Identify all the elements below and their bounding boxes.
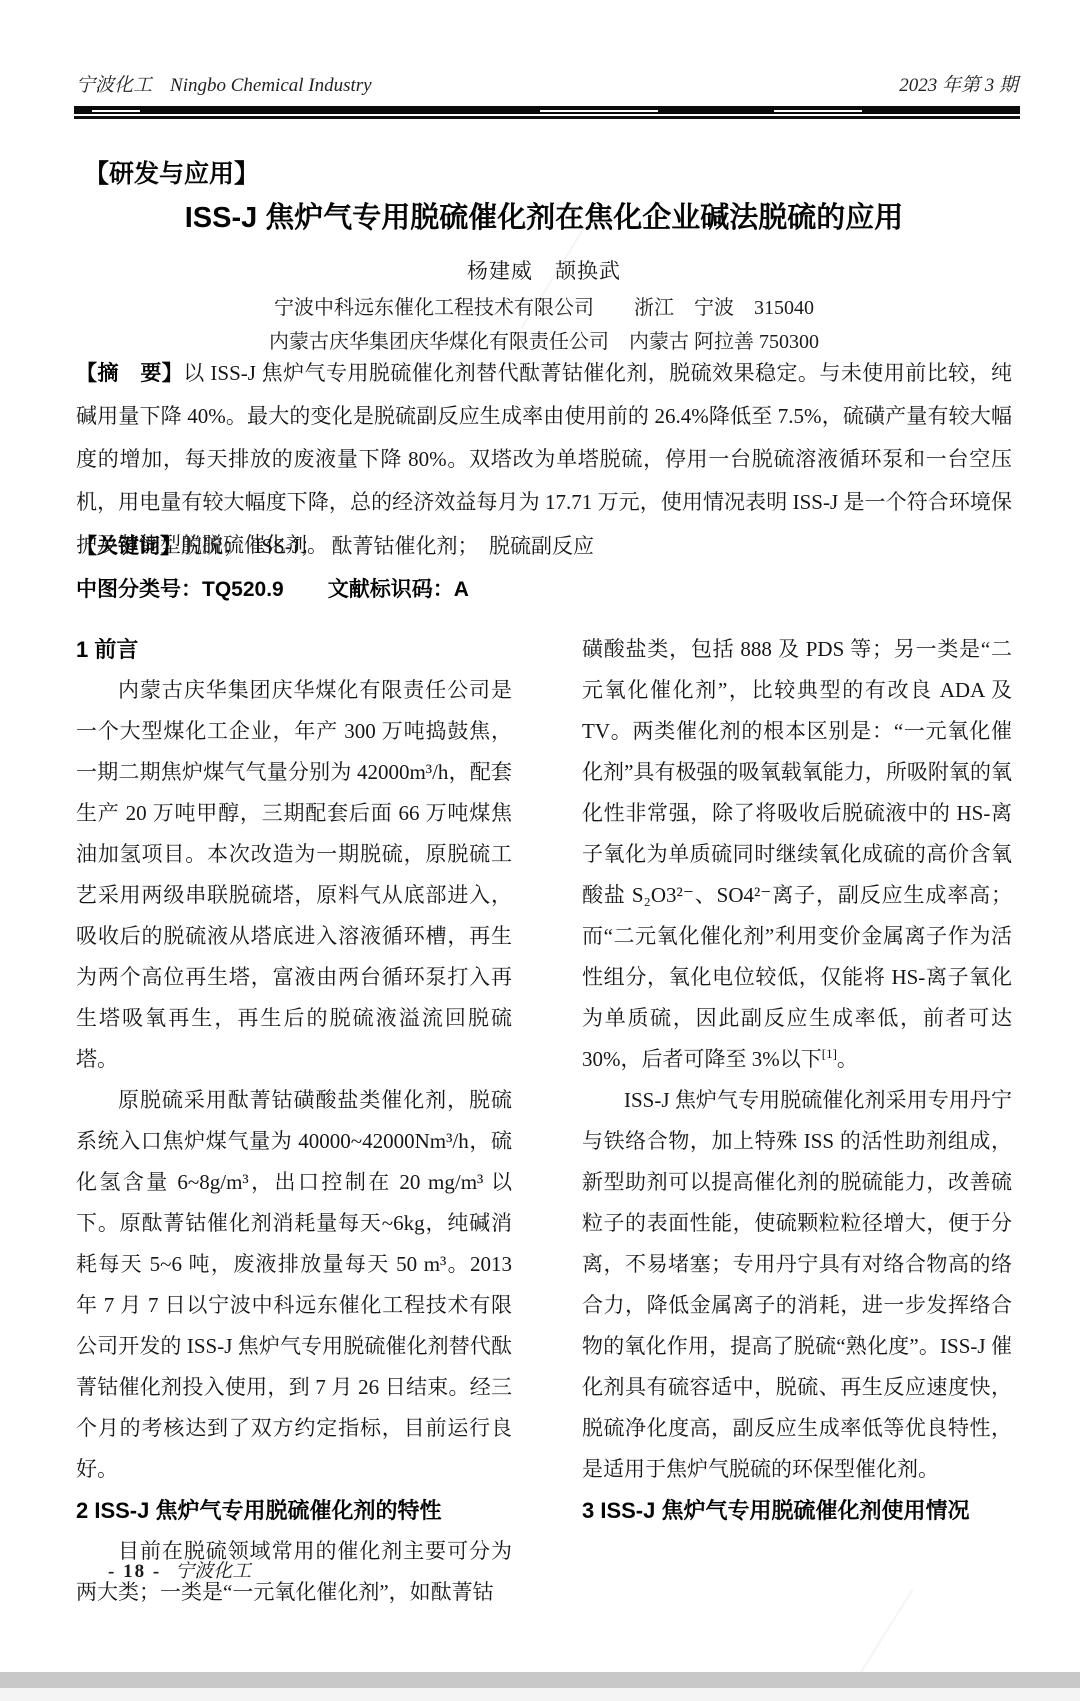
doc-code: A xyxy=(454,578,469,601)
abstract-text: 以 ISS-J 焦炉气专用脱硫催化剂替代酞菁钴催化剂，脱硫效果稳定。与未使用前比… xyxy=(76,361,1012,557)
footer-journal-name: 宁波化工 xyxy=(175,1561,251,1582)
section-tag: 【研发与应用】 xyxy=(84,154,259,190)
journal-page: 宁波化工Ningbo Chemical Industry 2023 年第 3 期… xyxy=(0,0,1080,1701)
article-title: ISS-J 焦炉气专用脱硫催化剂在焦化企业碱法脱硫的应用 xyxy=(76,198,1012,238)
heading-2-characteristics: 2 ISS-J 焦炉气专用脱硫催化剂的特性 xyxy=(76,1490,512,1531)
journal-name-en: Ningbo Chemical Industry xyxy=(170,75,372,96)
rule-noise-dash xyxy=(540,110,658,112)
affiliation-1: 宁波中科远东催化工程技术有限公司 浙江 宁波 315040 xyxy=(76,291,1012,320)
abstract-label: 【摘 要】 xyxy=(76,362,183,385)
authors: 杨建威 颉换武 xyxy=(76,255,1012,285)
keywords-label: 【关键词】 xyxy=(76,535,181,558)
affiliation-2: 内蒙古庆华集团庆华煤化有限责任公司 内蒙古 阿拉善 750300 xyxy=(76,325,1012,354)
left-paragraph-1: 内蒙古庆华集团庆华煤化有限责任公司是一个大型煤化工企业，年产 300 万吨捣鼓焦… xyxy=(76,670,512,1080)
right-paragraph-1-text: 磺酸盐类，包括 888 及 PDS 等；另一类是“二元氧化催化剂”，比较典型的有… xyxy=(582,637,1012,1071)
right-paragraph-2: ISS-J 焦炉气专用脱硫催化剂采用专用丹宁与铁络合物，加上特殊 ISS 的活性… xyxy=(582,1080,1012,1490)
running-head: 宁波化工Ningbo Chemical Industry 2023 年第 3 期 xyxy=(76,74,1018,98)
right-paragraph-1: 磺酸盐类，包括 888 及 PDS 等；另一类是“二元氧化催化剂”，比较典型的有… xyxy=(582,629,1012,1080)
keywords-text: 脱硫； ISS-J； 酞菁钴催化剂； 脱硫副反应 xyxy=(181,534,594,558)
journal-name-block: 宁波化工Ningbo Chemical Industry xyxy=(76,74,372,98)
clc-number: TQ520.9 xyxy=(202,578,284,601)
scan-artifact-band-soft xyxy=(0,1688,1080,1701)
citation-ref-1: [1] xyxy=(822,1046,837,1061)
header-rule xyxy=(74,106,1020,119)
left-paragraph-2: 原脱硫采用酞菁钴磺酸盐类催化剂，脱硫系统入口焦炉煤气量为 40000~42000… xyxy=(76,1080,512,1490)
right-paragraph-1-end: 。 xyxy=(837,1047,858,1071)
heading-3-usage: 3 ISS-J 焦炉气专用脱硫催化剂使用情况 xyxy=(582,1490,1012,1531)
page-number: - 18 - xyxy=(108,1561,161,1582)
rule-noise-dash xyxy=(92,110,140,112)
doc-code-label: 文献标识码： xyxy=(328,578,454,601)
clc-label: 中图分类号： xyxy=(76,578,202,601)
heading-1-preface: 1 前言 xyxy=(76,629,512,670)
classification-line: 中图分类号：TQ520.9文献标识码：A xyxy=(76,573,1012,603)
rule-noise-dash xyxy=(774,110,862,112)
body-columns: 1 前言 内蒙古庆华集团庆华煤化有限责任公司是一个大型煤化工企业，年产 300 … xyxy=(76,629,1012,1613)
scan-artifact-band xyxy=(0,1672,1080,1688)
keywords: 【关键词】脱硫； ISS-J； 酞菁钴催化剂； 脱硫副反应 xyxy=(76,531,1012,562)
right-column: 磺酸盐类，包括 888 及 PDS 等；另一类是“二元氧化催化剂”，比较典型的有… xyxy=(582,629,1012,1613)
issue-label: 2023 年第 3 期 xyxy=(899,74,1018,98)
page-footer: - 18 -宁波化工 xyxy=(108,1556,251,1583)
journal-name-cn: 宁波化工 xyxy=(76,75,152,96)
left-column: 1 前言 内蒙古庆华集团庆华煤化有限责任公司是一个大型煤化工企业，年产 300 … xyxy=(76,629,512,1613)
